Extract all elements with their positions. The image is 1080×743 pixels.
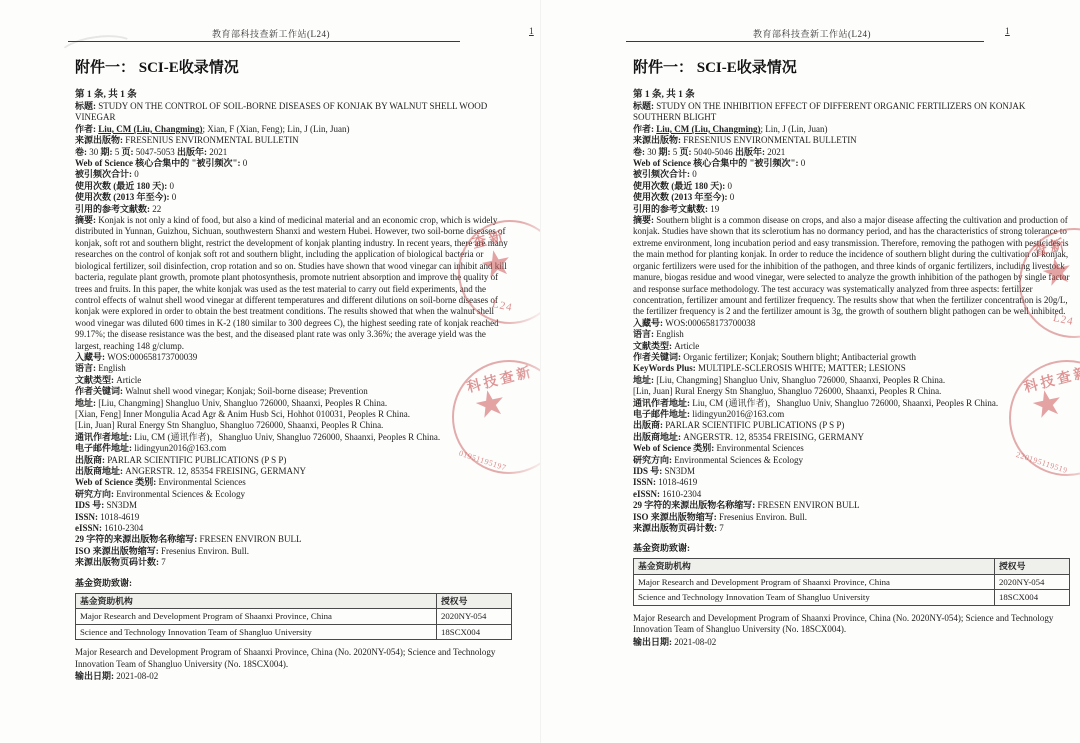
field-segment: 输出日期: [75, 671, 116, 681]
field-segment: 出版商地址: [75, 466, 125, 476]
field-line: Web of Science 核心合集中的 "被引频次": 0 [633, 158, 1070, 169]
field-line: 输出日期: 2021-08-02 [633, 637, 1070, 648]
field-segment: eISSN: [75, 523, 104, 533]
field-segment: 使用次数 (2013 年至今): [75, 192, 172, 202]
field-segment: Web of Science 核心合集中的 "被引频次": [75, 158, 243, 168]
field-segment: 摘要: [75, 215, 98, 225]
field-segment: 19 [710, 204, 719, 214]
field-segment: 2021-08-02 [674, 637, 716, 647]
field-segment: FRESEN ENVIRON BULL [758, 500, 860, 510]
funding-table-cell: Major Research and Development Program o… [76, 609, 437, 625]
field-line: 出版商: PARLAR SCIENTIFIC PUBLICATIONS (P S… [75, 455, 512, 466]
field-segment: 出版年: [735, 147, 767, 157]
field-segment: Environmental Sciences & Ecology [674, 455, 803, 465]
field-line: 语言: English [633, 329, 1070, 340]
field-segment: 文献类型: [75, 375, 116, 385]
output-date-line: 输出日期: 2021-08-02 [633, 637, 1070, 648]
field-segment: Environmental Sciences [717, 443, 804, 453]
field-line: 地址: [Liu, Changming] Shangluo Univ, Shan… [75, 398, 512, 409]
field-segment: 使用次数 (2013 年至今): [633, 192, 730, 202]
field-line: Web of Science 核心合集中的 "被引频次": 0 [75, 158, 512, 169]
scanned-document: 教育部科技查新工作站(L24) 1 附件一： SCI-E收录情况 第 1 条, … [0, 0, 1080, 743]
field-line: 入藏号: WOS:000658173700039 [75, 352, 512, 363]
field-segment: 2021-08-02 [116, 671, 158, 681]
field-segment: Liu, CM (通讯作者)，Shangluo Univ, Shangluo 7… [134, 432, 440, 442]
field-segment: 期: [101, 147, 115, 157]
field-segment: 卷: [633, 147, 647, 157]
field-segment: 2021 [767, 147, 785, 157]
field-segment: ISSN: [75, 512, 100, 522]
field-line: 文献类型: Article [633, 341, 1070, 352]
field-line: 来源出版物: FRESENIUS ENVIRONMENTAL BULLETIN [75, 135, 512, 146]
funding-table-body: Major Research and Development Program o… [76, 609, 512, 640]
field-segment: KeyWords Plus: [633, 363, 698, 373]
field-segment: [Lin, Juan] Rural Energy Stn Shangluo, S… [633, 386, 941, 396]
field-segment: 输出日期: [633, 637, 674, 647]
field-segment: SN3DM [107, 500, 138, 510]
field-segment: [Liu, Changming] Shangluo Univ, Shangluo… [656, 375, 945, 385]
field-segment: 出版商: [633, 420, 665, 430]
field-segment: 期: [659, 147, 673, 157]
field-segment: Konjak is not only a kind of food, but a… [75, 215, 508, 350]
field-segment: Article [674, 341, 699, 351]
field-line: 通讯作者地址: Liu, CM (通讯作者)，Shangluo Univ, Sh… [75, 432, 512, 443]
field-segment: FRESEN ENVIRON BULL [200, 534, 302, 544]
field-line: 电子邮件地址: lidingyun2016@163.com [633, 409, 1070, 420]
field-line: 被引频次合计: 0 [75, 169, 512, 180]
field-line: 出版商地址: ANGERSTR. 12, 85354 FREISING, GER… [633, 432, 1070, 443]
field-line: [Lin, Juan] Rural Energy Stn Shangluo, S… [75, 420, 512, 431]
field-line: 使用次数 (2013 年至今): 0 [75, 192, 512, 203]
funding-table-cell: 18SCX004 [995, 590, 1070, 606]
field-segment: 卷: [75, 147, 89, 157]
field-line: 语言: English [75, 363, 512, 374]
funding-heading: 基金资助致谢: [633, 541, 1070, 554]
field-line: ISO 来源出版物缩写: Fresenius Environ. Bull. [75, 546, 512, 557]
field-segment: 作者关键词: [633, 352, 683, 362]
funding-table-row: Major Research and Development Program o… [76, 609, 512, 625]
funding-table-header-cell: 授权号 [995, 559, 1070, 575]
field-segment: 30 [89, 147, 100, 157]
field-segment: 22 [152, 204, 161, 214]
field-line: 输出日期: 2021-08-02 [75, 671, 512, 682]
field-segment: FRESENIUS ENVIRONMENTAL BULLETIN [125, 135, 298, 145]
field-segment: Environmental Sciences & Ecology [116, 489, 245, 499]
field-segment: 5040-5046 [694, 147, 735, 157]
field-segment: WOS:000658173700038 [665, 318, 755, 328]
field-segment: English [98, 363, 126, 373]
field-segment: FRESENIUS ENVIRONMENTAL BULLETIN [683, 135, 856, 145]
field-line: 卷: 30 期: 5 页: 5047-5053 出版年: 2021 [75, 147, 512, 158]
field-segment: 引用的参考文献数: [75, 204, 152, 214]
field-segment: 0 [170, 181, 175, 191]
field-line: 引用的参考文献数: 22 [75, 204, 512, 215]
field-line: 使用次数 (最近 180 天): 0 [633, 181, 1070, 192]
workstation-name: 教育部科技查新工作站(L24) [633, 27, 991, 40]
field-segment: 7 [719, 523, 724, 533]
field-segment: 0 [134, 169, 139, 179]
funding-table-body: Major Research and Development Program o… [634, 574, 1070, 605]
field-segment: 5 [115, 147, 122, 157]
field-segment: English [656, 329, 684, 339]
field-segment: 使用次数 (最近 180 天): [75, 181, 170, 191]
field-line: 卷: 30 期: 5 页: 5040-5046 出版年: 2021 [633, 147, 1070, 158]
field-segment: 29 字符的来源出版物名称缩写: [75, 534, 200, 544]
funding-table-row: Science and Technology Innovation Team o… [634, 590, 1070, 606]
field-segment: 30 [647, 147, 658, 157]
field-line: 标题: STUDY ON THE CONTROL OF SOIL-BORNE D… [75, 101, 512, 124]
field-segment: ; Xian, F (Xian, Feng); Lin, J (Lin, Jua… [203, 124, 350, 134]
field-segment: WOS:000658173700039 [107, 352, 197, 362]
field-line: 使用次数 (最近 180 天): 0 [75, 181, 512, 192]
attachment-title: 附件一： SCI-E收录情况 [75, 56, 512, 77]
field-line: 29 字符的来源出版物名称缩写: FRESEN ENVIRON BULL [75, 534, 512, 545]
field-segment: Southern blight is a common disease on c… [633, 215, 1070, 316]
field-segment: 被引频次合计: [75, 169, 134, 179]
header-rule [68, 41, 460, 42]
field-line: eISSN: 1610-2304 [75, 523, 512, 534]
field-segment: 0 [801, 158, 806, 168]
field-line: 出版商地址: ANGERSTR. 12, 85354 FREISING, GER… [75, 466, 512, 477]
field-line: ISO 来源出版物缩写: Fresenius Environ. Bull. [633, 512, 1070, 523]
field-segment: PARLAR SCIENTIFIC PUBLICATIONS (P S P) [107, 455, 286, 465]
field-segment: 7 [161, 557, 166, 567]
funding-table-cell: 18SCX004 [437, 624, 512, 640]
field-segment: 来源出版物页码计数: [75, 557, 161, 567]
field-line: 作者关键词: Organic fertilizer; Konjak; South… [633, 352, 1070, 363]
field-segment: 研究方向: [633, 455, 674, 465]
field-segment: 1610-2304 [104, 523, 143, 533]
field-segment: 0 [728, 181, 733, 191]
field-segment: [Xian, Feng] Inner Mongulia Acad Agr & A… [75, 409, 410, 419]
field-segment: Article [116, 375, 141, 385]
funding-table-header-cell: 授权号 [437, 593, 512, 609]
field-line: 作者关键词: Walnut shell wood vinegar; Konjak… [75, 386, 512, 397]
field-line: 摘要: Konjak is not only a kind of food, b… [75, 215, 512, 352]
field-segment: 0 [172, 192, 177, 202]
field-line: 电子邮件地址: lidingyun2016@163.com [75, 443, 512, 454]
field-lines: 标题: STUDY ON THE CONTROL OF SOIL-BORNE D… [75, 101, 512, 569]
field-segment: Environmental Sciences [159, 477, 246, 487]
field-line: 来源出版物: FRESENIUS ENVIRONMENTAL BULLETIN [633, 135, 1070, 146]
funding-note: Major Research and Development Program o… [633, 613, 1070, 636]
field-segment: 作者关键词: [75, 386, 125, 396]
field-segment: ISO 来源出版物缩写: [633, 512, 719, 522]
field-line: eISSN: 1610-2304 [633, 489, 1070, 500]
field-line: 引用的参考文献数: 19 [633, 204, 1070, 215]
field-line: 使用次数 (2013 年至今): 0 [633, 192, 1070, 203]
field-segment: 来源出版物: [75, 135, 125, 145]
funding-table-cell: 2020NY-054 [437, 609, 512, 625]
field-segment: eISSN: [633, 489, 662, 499]
funding-table-cell: Major Research and Development Program o… [634, 574, 995, 590]
field-segment: 地址: [633, 375, 656, 385]
funding-table-header-cell: 基金资助机构 [634, 559, 995, 575]
workstation-name: 教育部科技查新工作站(L24) [75, 27, 467, 40]
field-segment: Walnut shell wood vinegar; Konjak; Soil-… [125, 386, 367, 396]
field-segment: Web of Science 核心合集中的 "被引频次": [633, 158, 801, 168]
field-segment: Fresenius Environ. Bull. [161, 546, 249, 556]
report-page-left: 教育部科技查新工作站(L24) 1 附件一： SCI-E收录情况 第 1 条, … [0, 0, 540, 743]
funding-heading: 基金资助致谢: [75, 576, 512, 589]
funding-table-cell: 2020NY-054 [995, 574, 1070, 590]
record-counter: 第 1 条, 共 1 条 [633, 86, 1070, 100]
field-segment: Liu, CM (Liu, Changming) [98, 124, 202, 134]
field-segment: 语言: [75, 363, 98, 373]
field-segment: 出版商: [75, 455, 107, 465]
funding-table-row: Science and Technology Innovation Team o… [76, 624, 512, 640]
field-segment: 研究方向: [75, 489, 116, 499]
field-segment: PARLAR SCIENTIFIC PUBLICATIONS (P S P) [665, 420, 844, 430]
field-segment: 文献类型: [633, 341, 674, 351]
field-line: ISSN: 1018-4619 [633, 477, 1070, 488]
field-segment: Web of Science 类别: [633, 443, 717, 453]
field-line: 来源出版物页码计数: 7 [633, 523, 1070, 534]
field-segment: 被引频次合计: [633, 169, 692, 179]
field-segment: 语言: [633, 329, 656, 339]
field-line: [Xian, Feng] Inner Mongulia Acad Agr & A… [75, 409, 512, 420]
field-segment: ; Lin, J (Lin, Juan) [761, 124, 828, 134]
field-line: 作者: Liu, CM (Liu, Changming); Lin, J (Li… [633, 124, 1070, 135]
field-segment: ANGERSTR. 12, 85354 FREISING, GERMANY [125, 466, 306, 476]
field-segment: 1610-2304 [662, 489, 701, 499]
running-header: 教育部科技查新工作站(L24) 1 [75, 26, 512, 46]
field-segment: 使用次数 (最近 180 天): [633, 181, 728, 191]
header-rule [626, 41, 984, 42]
field-segment: 0 [730, 192, 735, 202]
field-segment: 标题: [75, 101, 98, 111]
field-line: IDS 号: SN3DM [633, 466, 1070, 477]
field-segment: 通讯作者地址: [633, 398, 692, 408]
field-lines: 标题: STUDY ON THE INHIBITION EFFECT OF DI… [633, 101, 1070, 534]
field-segment: STUDY ON THE CONTROL OF SOIL-BORNE DISEA… [75, 101, 487, 122]
field-segment: 电子邮件地址: [75, 443, 134, 453]
attachment-title: 附件一： SCI-E收录情况 [633, 56, 1070, 77]
field-line: IDS 号: SN3DM [75, 500, 512, 511]
field-segment: 摘要: [633, 215, 656, 225]
field-segment: 0 [692, 169, 697, 179]
field-segment: 入藏号: [633, 318, 665, 328]
field-line: 研究方向: Environmental Sciences & Ecology [75, 489, 512, 500]
field-segment: 2021 [209, 147, 227, 157]
field-segment: Liu, CM (Liu, Changming) [656, 124, 760, 134]
field-line: [Lin, Juan] Rural Energy Stn Shangluo, S… [633, 386, 1070, 397]
field-line: 被引频次合计: 0 [633, 169, 1070, 180]
field-segment: 地址: [75, 398, 98, 408]
field-segment: STUDY ON THE INHIBITION EFFECT OF DIFFER… [633, 101, 1025, 122]
funding-table-header-row: 基金资助机构授权号 [634, 559, 1070, 575]
field-segment: Fresenius Environ. Bull. [719, 512, 807, 522]
funding-table: 基金资助机构授权号 Major Research and Development… [633, 558, 1070, 606]
field-segment: 出版年: [177, 147, 209, 157]
field-line: KeyWords Plus: MULTIPLE-SCLEROSIS WHITE;… [633, 363, 1070, 374]
page-number: 1 [1003, 27, 1012, 37]
field-segment: lidingyun2016@163.com [692, 409, 784, 419]
funding-table-cell: Science and Technology Innovation Team o… [634, 590, 995, 606]
field-segment: 作者: [75, 124, 98, 134]
field-segment: Organic fertilizer; Konjak; Southern bli… [683, 352, 916, 362]
field-line: 摘要: Southern blight is a common disease … [633, 215, 1070, 318]
field-segment: IDS 号: [633, 466, 665, 476]
field-line: 出版商: PARLAR SCIENTIFIC PUBLICATIONS (P S… [633, 420, 1070, 431]
field-segment: 出版商地址: [633, 432, 683, 442]
field-segment: MULTIPLE-SCLEROSIS WHITE; MATTER; LESION… [698, 363, 906, 373]
funding-table-row: Major Research and Development Program o… [634, 574, 1070, 590]
funding-table-header-cell: 基金资助机构 [76, 593, 437, 609]
funding-note: Major Research and Development Program o… [75, 647, 512, 670]
field-segment: IDS 号: [75, 500, 107, 510]
field-segment: 来源出版物页码计数: [633, 523, 719, 533]
field-segment: 5047-5053 [136, 147, 177, 157]
field-segment: 通讯作者地址: [75, 432, 134, 442]
field-line: 入藏号: WOS:000658173700038 [633, 318, 1070, 329]
output-date-line: 输出日期: 2021-08-02 [75, 671, 512, 682]
field-line: 通讯作者地址: Liu, CM (通讯作者)，Shangluo Univ, Sh… [633, 398, 1070, 409]
field-line: 研究方向: Environmental Sciences & Ecology [633, 455, 1070, 466]
field-line: 标题: STUDY ON THE INHIBITION EFFECT OF DI… [633, 101, 1070, 124]
field-segment: ANGERSTR. 12, 85354 FREISING, GERMANY [683, 432, 864, 442]
field-segment: [Liu, Changming] Shangluo Univ, Shangluo… [98, 398, 387, 408]
funding-table-header-row: 基金资助机构授权号 [76, 593, 512, 609]
field-segment: 标题: [633, 101, 656, 111]
field-segment: [Lin, Juan] Rural Energy Stn Shangluo, S… [75, 420, 383, 430]
field-segment: 1018-4619 [100, 512, 139, 522]
field-segment: 29 字符的来源出版物名称缩写: [633, 500, 758, 510]
field-segment: 作者: [633, 124, 656, 134]
field-segment: 1018-4619 [658, 477, 697, 487]
field-segment: 电子邮件地址: [633, 409, 692, 419]
field-segment: 引用的参考文献数: [633, 204, 710, 214]
field-segment: 0 [243, 158, 248, 168]
field-segment: 5 [673, 147, 680, 157]
field-segment: Liu, CM (通讯作者)，Shangluo Univ, Shangluo 7… [692, 398, 998, 408]
field-segment: SN3DM [665, 466, 696, 476]
field-segment: ISO 来源出版物缩写: [75, 546, 161, 556]
field-line: 地址: [Liu, Changming] Shangluo Univ, Shan… [633, 375, 1070, 386]
field-segment: lidingyun2016@163.com [134, 443, 226, 453]
funding-table: 基金资助机构授权号 Major Research and Development… [75, 593, 512, 641]
field-segment: ISSN: [633, 477, 658, 487]
field-line: ISSN: 1018-4619 [75, 512, 512, 523]
field-line: Web of Science 类别: Environmental Science… [633, 443, 1070, 454]
field-segment: 入藏号: [75, 352, 107, 362]
field-line: 作者: Liu, CM (Liu, Changming); Xian, F (X… [75, 124, 512, 135]
field-line: 文献类型: Article [75, 375, 512, 386]
running-header: 教育部科技查新工作站(L24) 1 [633, 26, 1070, 46]
field-line: Web of Science 类别: Environmental Science… [75, 477, 512, 488]
record-counter: 第 1 条, 共 1 条 [75, 86, 512, 100]
field-segment: 页: [122, 147, 136, 157]
field-segment: 来源出版物: [633, 135, 683, 145]
field-line: 29 字符的来源出版物名称缩写: FRESEN ENVIRON BULL [633, 500, 1070, 511]
field-segment: Web of Science 类别: [75, 477, 159, 487]
field-line: 来源出版物页码计数: 7 [75, 557, 512, 568]
funding-table-cell: Science and Technology Innovation Team o… [76, 624, 437, 640]
field-segment: 页: [680, 147, 694, 157]
report-page-right: 教育部科技查新工作站(L24) 1 附件一： SCI-E收录情况 第 1 条, … [540, 0, 1080, 743]
page-number: 1 [527, 27, 536, 37]
